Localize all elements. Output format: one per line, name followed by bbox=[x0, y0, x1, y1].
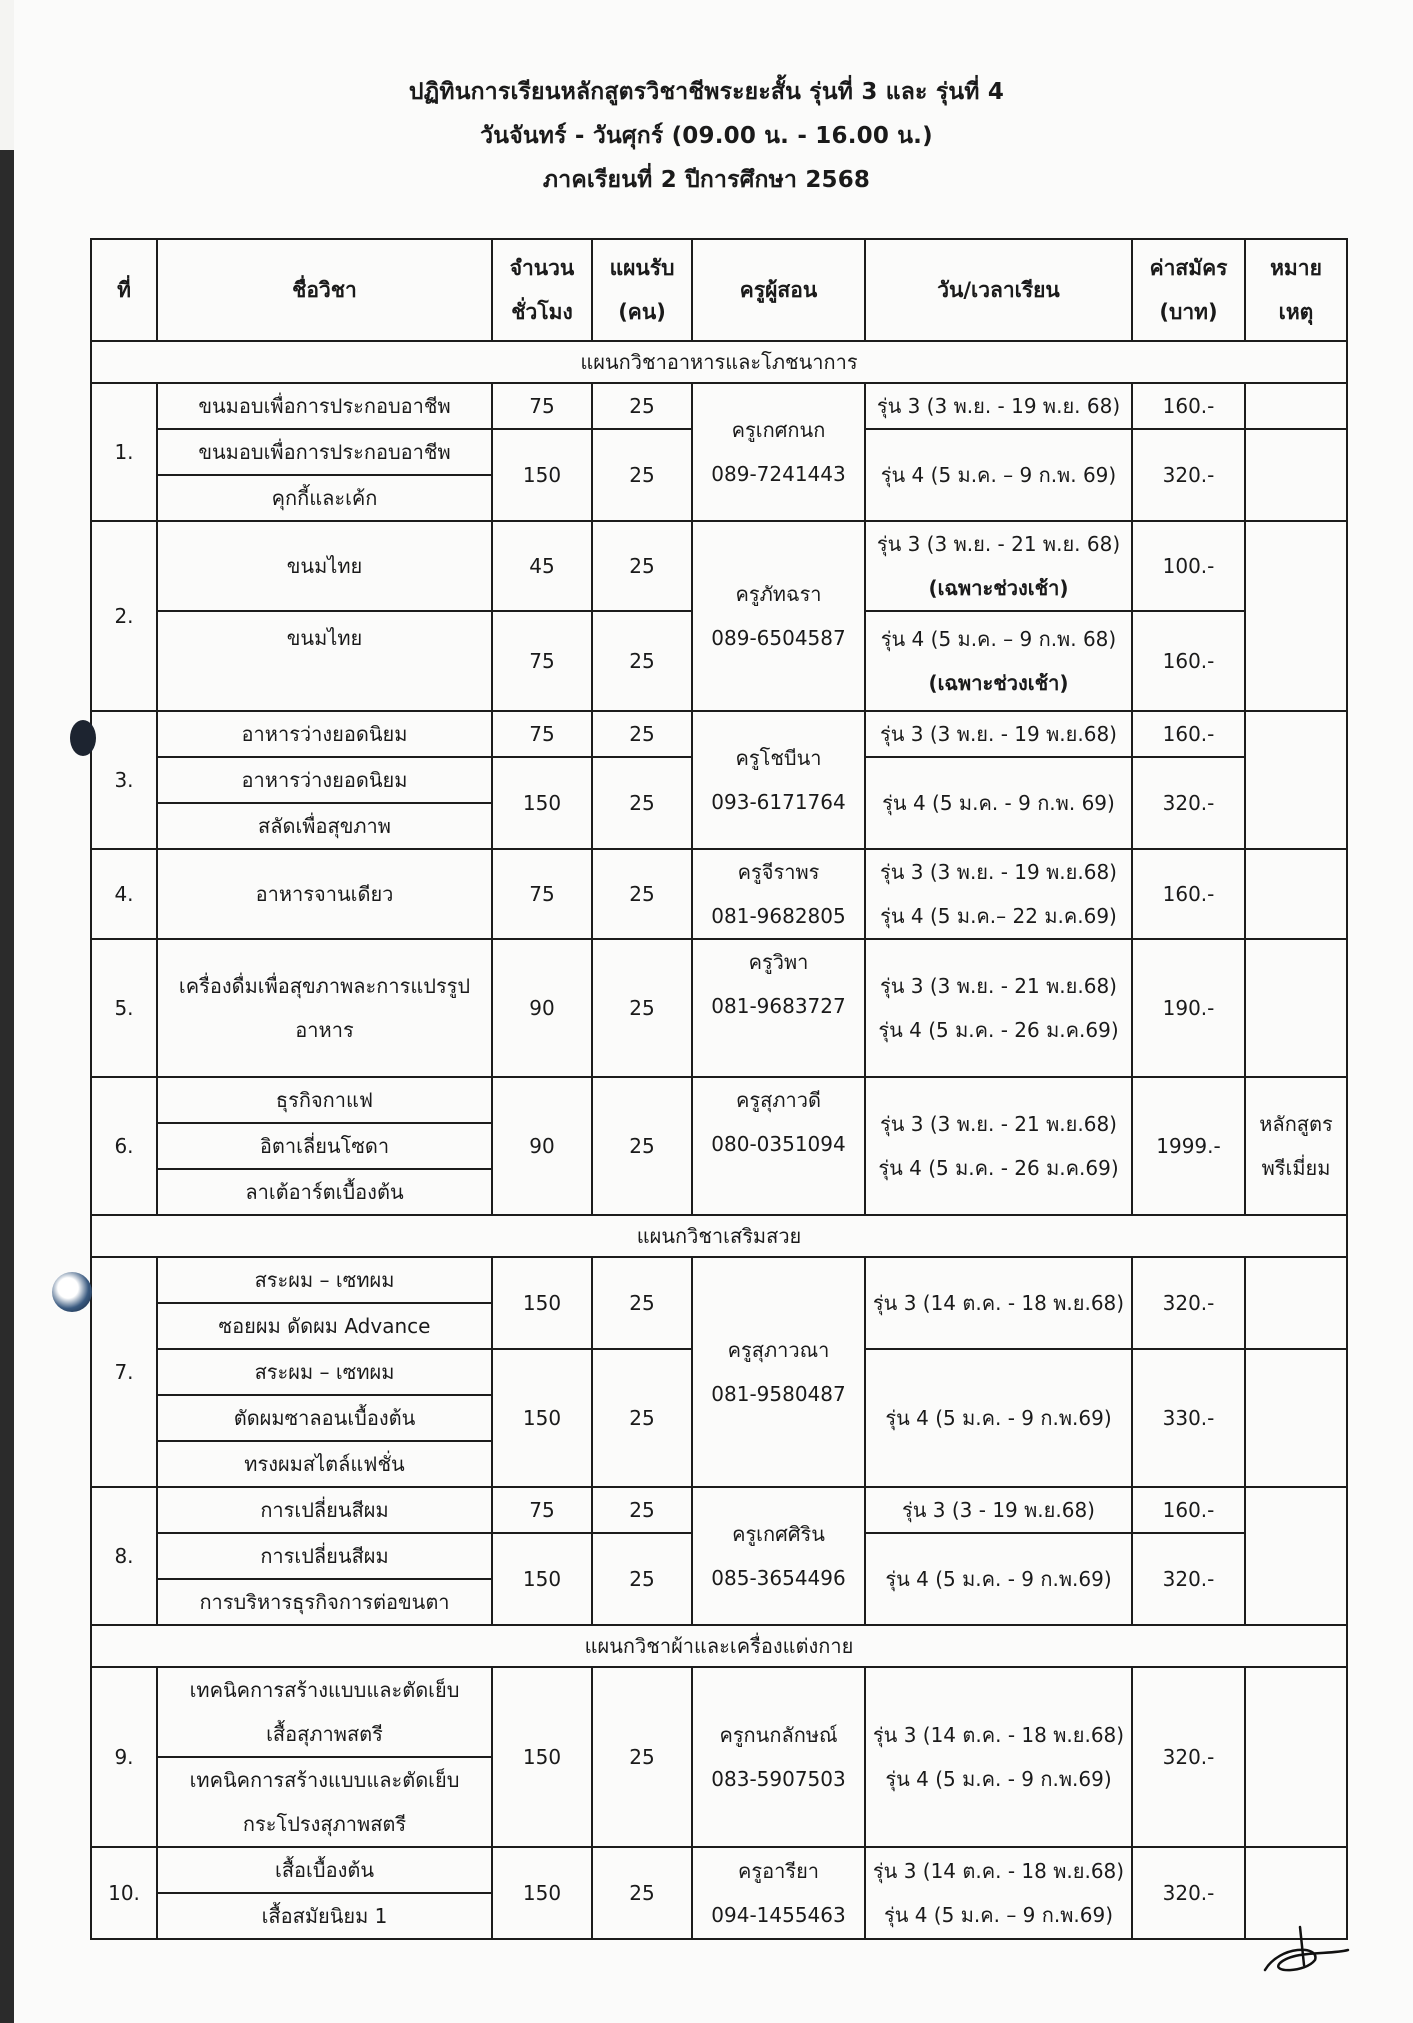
course-no: 10. bbox=[91, 1847, 157, 1939]
schedule: รุ่น 3 (3 พ.ย. - 19 พ.ย.68) bbox=[865, 711, 1132, 757]
schedule: รุ่น 3 (3 พ.ย. - 21 พ.ย.68)รุ่น 4 (5 ม.ค… bbox=[865, 1077, 1132, 1215]
hours: 150 bbox=[492, 1349, 592, 1487]
teacher: ครูภัทฉรา089-6504587 bbox=[692, 521, 865, 711]
subject: เทคนิคการสร้างแบบและตัดเย็บกระโปรงสุภาพส… bbox=[157, 1757, 492, 1847]
title-line-3: ภาคเรียนที่ 2 ปีการศึกษา 2568 bbox=[0, 158, 1413, 202]
table-row: 3. อาหารว่างยอดนิยม 75 25 ครูโชบีนา093-6… bbox=[91, 711, 1347, 757]
subject: ธุรกิจกาแฟ bbox=[157, 1077, 492, 1123]
subject: ตัดผมซาลอนเบื้องต้น bbox=[157, 1395, 492, 1441]
section-food: แผนกวิชาอาหารและโภชนาการ bbox=[91, 341, 1347, 383]
section-row: แผนกวิชาเสริมสวย bbox=[91, 1215, 1347, 1257]
note bbox=[1245, 1349, 1347, 1487]
subject: การเปลี่ยนสีผม bbox=[157, 1533, 492, 1579]
hours: 150 bbox=[492, 1847, 592, 1939]
hours: 150 bbox=[492, 429, 592, 521]
table-row: 1. ขนมอบเพื่อการประกอบอาชีพ 75 25 ครูเกศ… bbox=[91, 383, 1347, 429]
subject: สลัดเพื่อสุขภาพ bbox=[157, 803, 492, 849]
document-title: ปฏิทินการเรียนหลักสูตรวิชาชีพระยะสั้น รุ… bbox=[0, 70, 1413, 202]
hours: 90 bbox=[492, 939, 592, 1077]
capacity: 25 bbox=[592, 939, 692, 1077]
fee: 160.- bbox=[1132, 383, 1245, 429]
subject: ขนมไทย bbox=[157, 521, 492, 611]
subject: ทรงผมสไตล์แฟชั่น bbox=[157, 1441, 492, 1487]
header-fee: ค่าสมัคร(บาท) bbox=[1132, 239, 1245, 341]
course-no: 8. bbox=[91, 1487, 157, 1625]
teacher: ครูเกศศิริน085-3654496 bbox=[692, 1487, 865, 1625]
fee: 320.- bbox=[1132, 1257, 1245, 1349]
subject: อาหารจานเดียว bbox=[157, 849, 492, 939]
hours: 75 bbox=[492, 383, 592, 429]
course-no: 1. bbox=[91, 383, 157, 521]
subject: เทคนิคการสร้างแบบและตัดเย็บเสื้อสุภาพสตร… bbox=[157, 1667, 492, 1757]
capacity: 25 bbox=[592, 1487, 692, 1533]
scan-edge-shadow bbox=[0, 150, 14, 2023]
binder-clip-mark bbox=[52, 1272, 92, 1312]
table-row: 10. เสื้อเบื้องต้น 150 25 ครูอารียา094-1… bbox=[91, 1847, 1347, 1893]
capacity: 25 bbox=[592, 429, 692, 521]
subject: สระผม – เซทผม bbox=[157, 1257, 492, 1303]
teacher: ครูโชบีนา093-6171764 bbox=[692, 711, 865, 849]
fee: 320.- bbox=[1132, 1667, 1245, 1847]
course-no: 9. bbox=[91, 1667, 157, 1847]
note bbox=[1245, 939, 1347, 1077]
course-schedule-table: ที่ ชื่อวิชา จำนวนชั่วโมง แผนรับ(คน) ครู… bbox=[90, 238, 1348, 1940]
schedule: รุ่น 4 (5 ม.ค. - 9 ก.พ. 69) bbox=[865, 757, 1132, 849]
subject: เครื่องดื่มเพื่อสุขภาพละการแปรรูปอาหาร bbox=[157, 939, 492, 1077]
hours: 75 bbox=[492, 611, 592, 711]
section-row: แผนกวิชาผ้าและเครื่องแต่งกาย bbox=[91, 1625, 1347, 1667]
schedule: รุ่น 3 (14 ต.ค. - 18 พ.ย.68)รุ่น 4 (5 ม.… bbox=[865, 1667, 1132, 1847]
subject: การบริหารธุรกิจการต่อขนตา bbox=[157, 1579, 492, 1625]
subject: สระผม – เซทผม bbox=[157, 1349, 492, 1395]
header-schedule: วัน/เวลาเรียน bbox=[865, 239, 1132, 341]
table-row: 7. สระผม – เซทผม 150 25 ครูสุภาวณา081-95… bbox=[91, 1257, 1347, 1303]
hours: 150 bbox=[492, 757, 592, 849]
fee: 160.- bbox=[1132, 711, 1245, 757]
teacher: ครูสุภาวดี080-0351094 bbox=[692, 1077, 865, 1215]
header-hours: จำนวนชั่วโมง bbox=[492, 239, 592, 341]
course-no: 2. bbox=[91, 521, 157, 711]
section-beauty: แผนกวิชาเสริมสวย bbox=[91, 1215, 1347, 1257]
fee: 1999.- bbox=[1132, 1077, 1245, 1215]
table-row: 8. การเปลี่ยนสีผม 75 25 ครูเกศศิริน085-3… bbox=[91, 1487, 1347, 1533]
table-row: 2. ขนมไทย 45 25 ครูภัทฉรา089-6504587 รุ่… bbox=[91, 521, 1347, 611]
table-row: 9. เทคนิคการสร้างแบบและตัดเย็บเสื้อสุภาพ… bbox=[91, 1667, 1347, 1757]
hours: 150 bbox=[492, 1533, 592, 1625]
table-row: 5. เครื่องดื่มเพื่อสุขภาพละการแปรรูปอาหา… bbox=[91, 939, 1347, 1077]
subject: ลาเต้อาร์ตเบื้องต้น bbox=[157, 1169, 492, 1215]
schedule: รุ่น 3 (3 พ.ย. - 21 พ.ย. 68)(เฉพาะช่วงเช… bbox=[865, 521, 1132, 611]
course-no: 6. bbox=[91, 1077, 157, 1215]
header-capacity: แผนรับ(คน) bbox=[592, 239, 692, 341]
capacity: 25 bbox=[592, 757, 692, 849]
header-no: ที่ bbox=[91, 239, 157, 341]
section-row: แผนกวิชาอาหารและโภชนาการ bbox=[91, 341, 1347, 383]
title-line-1: ปฏิทินการเรียนหลักสูตรวิชาชีพระยะสั้น รุ… bbox=[0, 70, 1413, 114]
teacher: ครูกนกลักษณ์083-5907503 bbox=[692, 1667, 865, 1847]
capacity: 25 bbox=[592, 383, 692, 429]
subject: ซอยผม ดัดผม Advance bbox=[157, 1303, 492, 1349]
course-no: 7. bbox=[91, 1257, 157, 1487]
subject: อาหารว่างยอดนิยม bbox=[157, 711, 492, 757]
fee: 320.- bbox=[1132, 429, 1245, 521]
note bbox=[1245, 1257, 1347, 1349]
capacity: 25 bbox=[592, 1533, 692, 1625]
schedule: รุ่น 3 (14 ต.ค. - 18 พ.ย.68)รุ่น 4 (5 ม.… bbox=[865, 1847, 1132, 1939]
table-header-row: ที่ ชื่อวิชา จำนวนชั่วโมง แผนรับ(คน) ครู… bbox=[91, 239, 1347, 341]
capacity: 25 bbox=[592, 1077, 692, 1215]
note bbox=[1245, 1487, 1347, 1625]
fee: 160.- bbox=[1132, 1487, 1245, 1533]
table-row: 4. อาหารจานเดียว 75 25 ครูจีราพร081-9682… bbox=[91, 849, 1347, 939]
subject: ขนมไทย bbox=[157, 611, 492, 711]
schedule: รุ่น 4 (5 ม.ค. – 9 ก.พ. 68)(เฉพาะช่วงเช้… bbox=[865, 611, 1132, 711]
schedule: รุ่น 3 (14 ต.ค. - 18 พ.ย.68) bbox=[865, 1257, 1132, 1349]
hours: 75 bbox=[492, 1487, 592, 1533]
note bbox=[1245, 429, 1347, 521]
teacher: ครูเกศกนก089-7241443 bbox=[692, 383, 865, 521]
schedule: รุ่น 3 (3 - 19 พ.ย.68) bbox=[865, 1487, 1132, 1533]
capacity: 25 bbox=[592, 1667, 692, 1847]
fee: 330.- bbox=[1132, 1349, 1245, 1487]
capacity: 25 bbox=[592, 611, 692, 711]
fee: 160.- bbox=[1132, 849, 1245, 939]
teacher: ครูจีราพร081-9682805 bbox=[692, 849, 865, 939]
fee: 190.- bbox=[1132, 939, 1245, 1077]
capacity: 25 bbox=[592, 1847, 692, 1939]
subject: เสื้อสมัยนิยม 1 bbox=[157, 1893, 492, 1939]
fee: 320.- bbox=[1132, 757, 1245, 849]
note bbox=[1245, 711, 1347, 849]
hours: 75 bbox=[492, 849, 592, 939]
hours: 45 bbox=[492, 521, 592, 611]
teacher: ครูวิพา081-9683727 bbox=[692, 939, 865, 1077]
subject: อาหารว่างยอดนิยม bbox=[157, 757, 492, 803]
note bbox=[1245, 383, 1347, 429]
capacity: 25 bbox=[592, 1349, 692, 1487]
course-no: 3. bbox=[91, 711, 157, 849]
course-no: 4. bbox=[91, 849, 157, 939]
schedule: รุ่น 4 (5 ม.ค. – 9 ก.พ. 69) bbox=[865, 429, 1132, 521]
course-no: 5. bbox=[91, 939, 157, 1077]
subject: ขนมอบเพื่อการประกอบอาชีพ bbox=[157, 383, 492, 429]
subject: ขนมอบเพื่อการประกอบอาชีพ bbox=[157, 429, 492, 475]
binder-hole-mark bbox=[70, 720, 96, 756]
fee: 320.- bbox=[1132, 1533, 1245, 1625]
subject: อิตาเลี่ยนโซดา bbox=[157, 1123, 492, 1169]
capacity: 25 bbox=[592, 521, 692, 611]
header-subject: ชื่อวิชา bbox=[157, 239, 492, 341]
schedule: รุ่น 4 (5 ม.ค. - 9 ก.พ.69) bbox=[865, 1349, 1132, 1487]
capacity: 25 bbox=[592, 849, 692, 939]
section-clothing: แผนกวิชาผ้าและเครื่องแต่งกาย bbox=[91, 1625, 1347, 1667]
note bbox=[1245, 521, 1347, 711]
schedule: รุ่น 4 (5 ม.ค. - 9 ก.พ.69) bbox=[865, 1533, 1132, 1625]
schedule: รุ่น 3 (3 พ.ย. - 19 พ.ย. 68) bbox=[865, 383, 1132, 429]
schedule: รุ่น 3 (3 พ.ย. - 21 พ.ย.68)รุ่น 4 (5 ม.ค… bbox=[865, 939, 1132, 1077]
note: หลักสูตรพรีเมี่ยม bbox=[1245, 1077, 1347, 1215]
capacity: 25 bbox=[592, 1257, 692, 1349]
teacher: ครูสุภาวณา081-9580487 bbox=[692, 1257, 865, 1487]
signature-mark bbox=[1260, 1925, 1350, 1975]
subject: คุกกี้และเค้ก bbox=[157, 475, 492, 521]
fee: 320.- bbox=[1132, 1847, 1245, 1939]
hours: 90 bbox=[492, 1077, 592, 1215]
fee: 100.- bbox=[1132, 521, 1245, 611]
hours: 150 bbox=[492, 1667, 592, 1847]
capacity: 25 bbox=[592, 711, 692, 757]
header-note: หมายเหตุ bbox=[1245, 239, 1347, 341]
schedule: รุ่น 3 (3 พ.ย. - 19 พ.ย.68)รุ่น 4 (5 ม.ค… bbox=[865, 849, 1132, 939]
title-line-2: วันจันทร์ - วันศุกร์ (09.00 น. - 16.00 น… bbox=[0, 114, 1413, 158]
note bbox=[1245, 1667, 1347, 1847]
teacher: ครูอารียา094-1455463 bbox=[692, 1847, 865, 1939]
fee: 160.- bbox=[1132, 611, 1245, 711]
hours: 75 bbox=[492, 711, 592, 757]
hours: 150 bbox=[492, 1257, 592, 1349]
subject: เสื้อเบื้องต้น bbox=[157, 1847, 492, 1893]
subject: การเปลี่ยนสีผม bbox=[157, 1487, 492, 1533]
note bbox=[1245, 849, 1347, 939]
table-row: 6. ธุรกิจกาแฟ 90 25 ครูสุภาวดี080-035109… bbox=[91, 1077, 1347, 1123]
header-teacher: ครูผู้สอน bbox=[692, 239, 865, 341]
